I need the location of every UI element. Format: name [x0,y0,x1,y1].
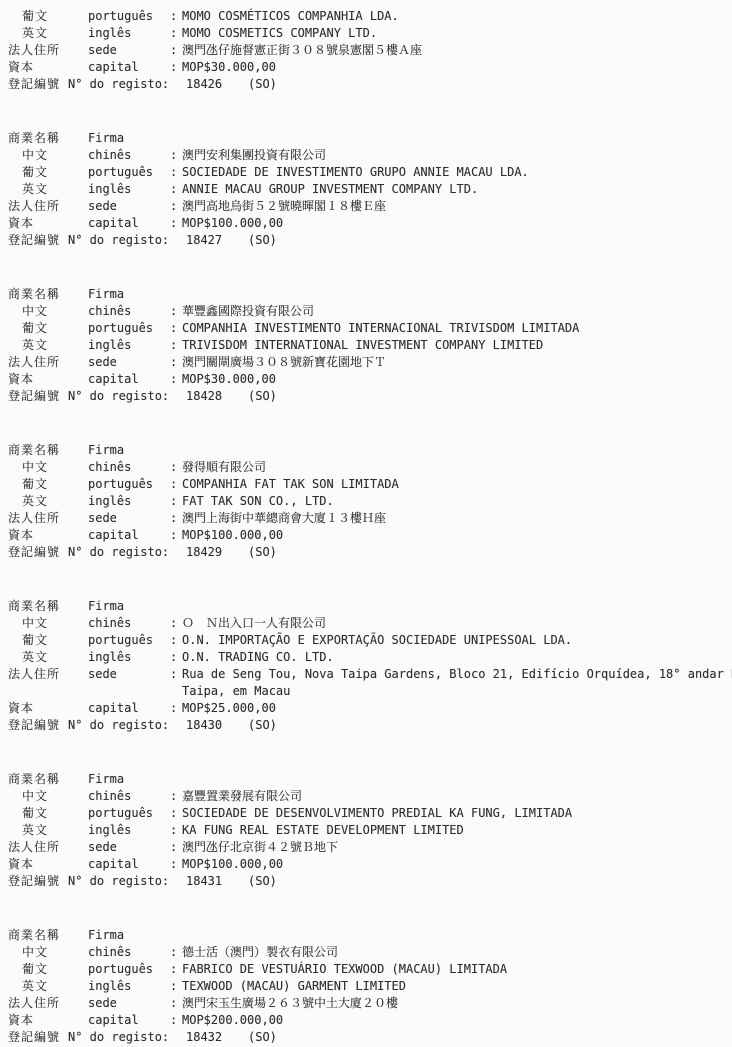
chinese-name-row: 中文 chinês : 德士活（澳門）製衣有限公司 [0,944,732,961]
company-name-pt: MOMO COSMÉTICOS COMPANHIA LDA. [182,8,399,25]
english-label-pt: inglês [88,337,131,354]
firma-label-zh: 商業名稱 [8,442,60,459]
english-label-zh: 英文 [22,337,48,354]
chinese-name-row: 中文 chinês : Ｏ Ｎ出入口一人有限公司 [0,615,732,632]
sede-label-zh: 法人住所 [8,42,60,59]
registo-suffix: (SO) [248,1029,277,1046]
sede-row: 法人住所 sede : 澳門高地烏街５２號曉暉閣１８樓Ｅ座 [0,198,732,215]
sede-row: 法人住所 sede : 澳門關閘廣場３０８號新寶花園地下Ｔ [0,354,732,371]
portuguese-name-row: 葡文 português : COMPANHIA FAT TAK SON LIM… [0,476,732,493]
chinese-label-zh: 中文 [22,615,48,632]
firma-label-pt: Firma [88,130,124,147]
company-name-zh: 德士活（澳門）製衣有限公司 [182,944,338,961]
registo-label-zh: 登記編號 [8,388,60,405]
chinese-label-zh: 中文 [22,459,48,476]
firma-label-pt: Firma [88,598,124,615]
english-label-zh: 英文 [22,978,48,995]
company-name-pt: FABRICO DE VESTUÁRIO TEXWOOD (MACAU) LIM… [182,961,507,978]
english-name-row: 英文 inglês : O.N. TRADING CO. LTD. [0,649,732,666]
capital-label-zh: 資本 [8,856,34,873]
colon: : [170,944,177,961]
portuguese-label-pt: português [88,961,153,978]
firma-label-pt: Firma [88,442,124,459]
colon: : [170,632,177,649]
company-name-en: TRIVISDOM INTERNATIONAL INVESTMENT COMPA… [182,337,543,354]
colon: : [170,649,177,666]
registo-number: 18426 [186,76,222,93]
sede-label-pt: sede [88,839,117,856]
sede-label-zh: 法人住所 [8,510,60,527]
colon: : [170,320,177,337]
chinese-label-pt: chinês [88,147,131,164]
registry-entry: 葡文 português : MOMO COSMÉTICOS COMPANHIA… [0,8,732,93]
chinese-name-row: 中文 chinês : 澳門安利集團投資有限公司 [0,147,732,164]
sede-label-pt: sede [88,995,117,1012]
sede-row: 法人住所 sede : 澳門宋玉生廣場２６３號中土大廈２０樓 [0,995,732,1012]
company-address: 澳門高地烏街５２號曉暉閣１８樓Ｅ座 [182,198,386,215]
colon: : [170,147,177,164]
entry-header-row: 商業名稱 Firma [0,598,732,615]
portuguese-name-row: 葡文 português : SOCIEDADE DE DESENVOLVIME… [0,805,732,822]
registo-label-pt: N° do registo: [68,1029,169,1046]
sede-label-pt: sede [88,666,117,683]
company-address: 澳門氹仔施督憲正街３０８號泉憲閣５樓Ａ座 [182,42,422,59]
chinese-label-pt: chinês [88,615,131,632]
sede-row: 法人住所 sede : 澳門氹仔北京街４２號Ｂ地下 [0,839,732,856]
chinese-name-row: 中文 chinês : 發得順有限公司 [0,459,732,476]
registry-document: 葡文 português : MOMO COSMÉTICOS COMPANHIA… [0,0,732,1046]
chinese-label-zh: 中文 [22,147,48,164]
sede-row: 法人住所 sede : 澳門上海街中華總商會大廈１３樓Ｈ座 [0,510,732,527]
english-name-row: 英文 inglês : FAT TAK SON CO., LTD. [0,493,732,510]
firma-label-zh: 商業名稱 [8,598,60,615]
capital-row: 資本 capital : MOP$25.000,00 [0,700,732,717]
english-label-zh: 英文 [22,181,48,198]
registo-row: 登記編號 N° do registo: 18429 (SO) [0,544,732,561]
english-label-zh: 英文 [22,649,48,666]
firma-label-zh: 商業名稱 [8,130,60,147]
registo-number: 18431 [186,873,222,890]
firma-label-zh: 商業名稱 [8,771,60,788]
portuguese-name-row: 葡文 português : MOMO COSMÉTICOS COMPANHIA… [0,8,732,25]
english-label-zh: 英文 [22,25,48,42]
registry-entry: 商業名稱 Firma 中文 chinês : 華豐鑫國際投資有限公司 葡文 po… [0,286,732,405]
english-label-zh: 英文 [22,493,48,510]
company-capital: MOP$30.000,00 [182,371,276,388]
firma-label-zh: 商業名稱 [8,927,60,944]
sede-label-pt: sede [88,354,117,371]
capital-label-zh: 資本 [8,700,34,717]
capital-label-zh: 資本 [8,527,34,544]
company-name-en: ANNIE MACAU GROUP INVESTMENT COMPANY LTD… [182,181,478,198]
registo-label-zh: 登記編號 [8,232,60,249]
registo-label-zh: 登記編號 [8,717,60,734]
portuguese-label-pt: português [88,8,153,25]
colon: : [170,839,177,856]
company-name-zh: 華豐鑫國際投資有限公司 [182,303,314,320]
company-name-pt: SOCIEDADE DE DESENVOLVIMENTO PREDIAL KA … [182,805,572,822]
colon: : [170,805,177,822]
company-name-pt: O.N. IMPORTAÇÃO E EXPORTAÇÃO SOCIEDADE U… [182,632,572,649]
english-name-row: 英文 inglês : TRIVISDOM INTERNATIONAL INVE… [0,337,732,354]
english-label-pt: inglês [88,649,131,666]
colon: : [170,164,177,181]
company-name-zh: Ｏ Ｎ出入口一人有限公司 [182,615,326,632]
registo-suffix: (SO) [248,544,277,561]
chinese-label-pt: chinês [88,944,131,961]
company-name-en: O.N. TRADING CO. LTD. [182,649,334,666]
portuguese-label-pt: português [88,320,153,337]
company-name-zh: 澳門安利集團投資有限公司 [182,147,326,164]
registo-label-zh: 登記編號 [8,76,60,93]
chinese-label-zh: 中文 [22,303,48,320]
portuguese-name-row: 葡文 português : COMPANHIA INVESTIMENTO IN… [0,320,732,337]
colon: : [170,700,177,717]
capital-row: 資本 capital : MOP$30.000,00 [0,59,732,76]
company-address: 澳門上海街中華總商會大廈１３樓Ｈ座 [182,510,386,527]
company-name-pt: COMPANHIA INVESTIMENTO INTERNACIONAL TRI… [182,320,579,337]
chinese-label-zh: 中文 [22,944,48,961]
portuguese-label-pt: português [88,805,153,822]
chinese-label-pt: chinês [88,459,131,476]
company-name-en: KA FUNG REAL ESTATE DEVELOPMENT LIMITED [182,822,464,839]
english-label-pt: inglês [88,25,131,42]
colon: : [170,215,177,232]
english-name-row: 英文 inglês : ANNIE MACAU GROUP INVESTMENT… [0,181,732,198]
capital-label-zh: 資本 [8,59,34,76]
registo-row: 登記編號 N° do registo: 18430 (SO) [0,717,732,734]
capital-row: 資本 capital : MOP$30.000,00 [0,371,732,388]
capital-label-pt: capital [88,856,139,873]
capital-label-pt: capital [88,59,139,76]
entry-header-row: 商業名稱 Firma [0,442,732,459]
company-capital: MOP$200.000,00 [182,1012,283,1029]
capital-label-pt: capital [88,215,139,232]
sede-label-zh: 法人住所 [8,839,60,856]
entry-header-row: 商業名稱 Firma [0,286,732,303]
english-label-pt: inglês [88,978,131,995]
company-address: 澳門宋玉生廣場２６３號中土大廈２０樓 [182,995,398,1012]
colon: : [170,527,177,544]
company-capital: MOP$100.000,00 [182,215,283,232]
english-label-pt: inglês [88,181,131,198]
sede-label-pt: sede [88,510,117,527]
sede-label-zh: 法人住所 [8,995,60,1012]
registo-label-pt: N° do registo: [68,388,169,405]
colon: : [170,354,177,371]
company-name-en: MOMO COSMETICS COMPANY LTD. [182,25,377,42]
firma-label-zh: 商業名稱 [8,286,60,303]
chinese-label-pt: chinês [88,788,131,805]
portuguese-label-zh: 葡文 [22,320,48,337]
registo-suffix: (SO) [248,717,277,734]
registo-row: 登記編號 N° do registo: 18431 (SO) [0,873,732,890]
english-name-row: 英文 inglês : MOMO COSMETICS COMPANY LTD. [0,25,732,42]
registo-number: 18428 [186,388,222,405]
registo-label-pt: N° do registo: [68,76,169,93]
company-address-line2: Taipa, em Macau [182,683,290,700]
colon: : [170,666,177,683]
colon: : [170,337,177,354]
firma-label-pt: Firma [88,927,124,944]
chinese-name-row: 中文 chinês : 嘉豐置業發展有限公司 [0,788,732,805]
chinese-name-row: 中文 chinês : 華豐鑫國際投資有限公司 [0,303,732,320]
registry-entry: 商業名稱 Firma 中文 chinês : 澳門安利集團投資有限公司 葡文 p… [0,130,732,249]
colon: : [170,42,177,59]
registo-row: 登記編號 N° do registo: 18432 (SO) [0,1029,732,1046]
sede-label-pt: sede [88,42,117,59]
sede-label-zh: 法人住所 [8,354,60,371]
firma-label-pt: Firma [88,771,124,788]
colon: : [170,371,177,388]
colon: : [170,303,177,320]
capital-label-pt: capital [88,371,139,388]
portuguese-label-zh: 葡文 [22,164,48,181]
colon: : [170,510,177,527]
colon: : [170,995,177,1012]
company-address: 澳門氹仔北京街４２號Ｂ地下 [182,839,338,856]
company-address: Rua de Seng Tou, Nova Taipa Gardens, Blo… [182,666,732,683]
colon: : [170,961,177,978]
registo-label-pt: N° do registo: [68,873,169,890]
capital-row: 資本 capital : MOP$100.000,00 [0,856,732,873]
colon: : [170,476,177,493]
english-name-row: 英文 inglês : TEXWOOD (MACAU) GARMENT LIMI… [0,978,732,995]
registry-entry: 商業名稱 Firma 中文 chinês : 德士活（澳門）製衣有限公司 葡文 … [0,927,732,1046]
registo-label-zh: 登記編號 [8,873,60,890]
portuguese-name-row: 葡文 português : O.N. IMPORTAÇÃO E EXPORTA… [0,632,732,649]
portuguese-label-pt: português [88,164,153,181]
registry-entry: 商業名稱 Firma 中文 chinês : 發得順有限公司 葡文 portug… [0,442,732,561]
registo-label-pt: N° do registo: [68,544,169,561]
company-capital: MOP$100.000,00 [182,527,283,544]
capital-row: 資本 capital : MOP$100.000,00 [0,527,732,544]
colon: : [170,181,177,198]
entry-header-row: 商業名稱 Firma [0,927,732,944]
capital-label-pt: capital [88,527,139,544]
entry-header-row: 商業名稱 Firma [0,771,732,788]
registo-suffix: (SO) [248,388,277,405]
capital-label-zh: 資本 [8,1012,34,1029]
english-label-pt: inglês [88,822,131,839]
firma-label-pt: Firma [88,286,124,303]
capital-row: 資本 capital : MOP$200.000,00 [0,1012,732,1029]
company-name-en: TEXWOOD (MACAU) GARMENT LIMITED [182,978,406,995]
company-name-zh: 嘉豐置業發展有限公司 [182,788,302,805]
portuguese-label-pt: português [88,476,153,493]
registo-suffix: (SO) [248,873,277,890]
portuguese-name-row: 葡文 português : FABRICO DE VESTUÁRIO TEXW… [0,961,732,978]
english-label-pt: inglês [88,493,131,510]
colon: : [170,1012,177,1029]
colon: : [170,978,177,995]
registry-entry: 商業名稱 Firma 中文 chinês : 嘉豐置業發展有限公司 葡文 por… [0,771,732,890]
registo-row: 登記編號 N° do registo: 18427 (SO) [0,232,732,249]
registo-label-zh: 登記編號 [8,544,60,561]
colon: : [170,198,177,215]
registo-number: 18429 [186,544,222,561]
company-address: 澳門關閘廣場３０８號新寶花園地下Ｔ [182,354,386,371]
registo-number: 18427 [186,232,222,249]
sede-row: 法人住所 sede : Rua de Seng Tou, Nova Taipa … [0,666,732,700]
company-capital: MOP$25.000,00 [182,700,276,717]
colon: : [170,788,177,805]
portuguese-name-row: 葡文 português : SOCIEDADE DE INVESTIMENTO… [0,164,732,181]
sede-row: 法人住所 sede : 澳門氹仔施督憲正街３０８號泉憲閣５樓Ａ座 [0,42,732,59]
capital-label-zh: 資本 [8,215,34,232]
company-name-zh: 發得順有限公司 [182,459,266,476]
portuguese-label-zh: 葡文 [22,961,48,978]
sede-label-pt: sede [88,198,117,215]
portuguese-label-zh: 葡文 [22,632,48,649]
chinese-label-pt: chinês [88,303,131,320]
colon: : [170,856,177,873]
english-label-zh: 英文 [22,822,48,839]
company-capital: MOP$100.000,00 [182,856,283,873]
entry-header-row: 商業名稱 Firma [0,130,732,147]
portuguese-label-zh: 葡文 [22,476,48,493]
company-name-pt: SOCIEDADE DE INVESTIMENTO GRUPO ANNIE MA… [182,164,529,181]
colon: : [170,615,177,632]
registry-entry: 商業名稱 Firma 中文 chinês : Ｏ Ｎ出入口一人有限公司 葡文 p… [0,598,732,734]
colon: : [170,822,177,839]
colon: : [170,459,177,476]
capital-label-zh: 資本 [8,371,34,388]
colon: : [170,493,177,510]
capital-label-pt: capital [88,700,139,717]
portuguese-label-pt: português [88,632,153,649]
capital-row: 資本 capital : MOP$100.000,00 [0,215,732,232]
portuguese-label-zh: 葡文 [22,805,48,822]
sede-label-zh: 法人住所 [8,198,60,215]
company-capital: MOP$30.000,00 [182,59,276,76]
colon: : [170,8,177,25]
colon: : [170,25,177,42]
english-name-row: 英文 inglês : KA FUNG REAL ESTATE DEVELOPM… [0,822,732,839]
registo-row: 登記編號 N° do registo: 18426 (SO) [0,76,732,93]
sede-label-zh: 法人住所 [8,666,60,683]
chinese-label-zh: 中文 [22,788,48,805]
registo-number: 18432 [186,1029,222,1046]
portuguese-label-zh: 葡文 [22,8,48,25]
registo-suffix: (SO) [248,76,277,93]
registo-number: 18430 [186,717,222,734]
registo-label-pt: N° do registo: [68,717,169,734]
capital-label-pt: capital [88,1012,139,1029]
company-name-en: FAT TAK SON CO., LTD. [182,493,334,510]
registo-label-pt: N° do registo: [68,232,169,249]
registo-suffix: (SO) [248,232,277,249]
colon: : [170,59,177,76]
registo-label-zh: 登記編號 [8,1029,60,1046]
registo-row: 登記編號 N° do registo: 18428 (SO) [0,388,732,405]
company-name-pt: COMPANHIA FAT TAK SON LIMITADA [182,476,399,493]
